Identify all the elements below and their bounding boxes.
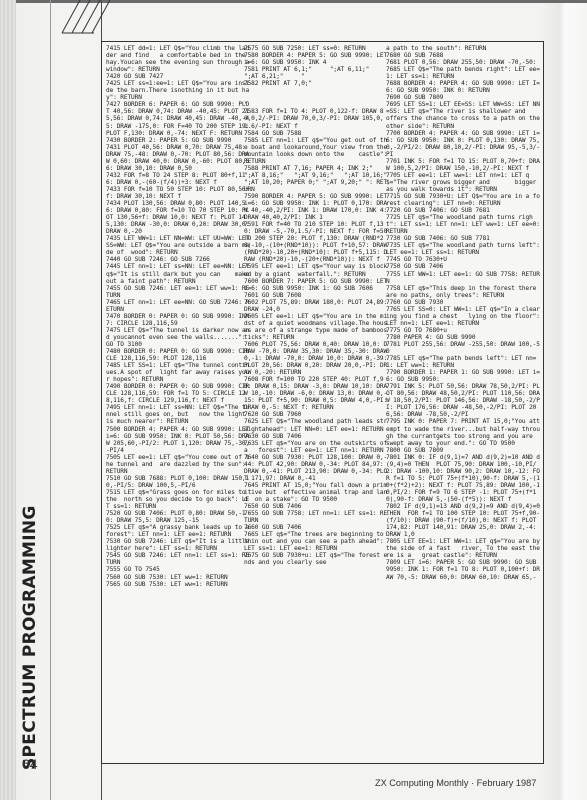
- listing-line: 7584 GO SUB 7588: [244, 130, 390, 137]
- listing-line: 7430 BORDER 2: PAPER 5: GO SUB 9990: [106, 137, 252, 144]
- listing-line: 7602 PLOT 75,89: DRAW 180,0: PLOT 24,89:…: [244, 299, 390, 313]
- listing-line: 7690 GO SUB 7809: [386, 94, 540, 101]
- listing-line: [244, 87, 390, 94]
- listing-line: 7735 LET q$="The woodland path turns lef…: [386, 242, 540, 256]
- listing-line: 7655 GO SUB 7758: LET nn=1: LET ss=1: RE…: [244, 510, 390, 524]
- listing-line: 7520 GO SUB 7406: PLOT 0,80: DRAW 50,-10…: [106, 510, 252, 524]
- listing-line: 7695 LET SS=1: LET EE=SS: LET WW=SS: LET…: [386, 101, 540, 129]
- listing-line: 7650 GO SUB 7406: [244, 503, 390, 510]
- listing-line: 7510 GO SUB 7688: PLOT 0,100: DRAW 150,1…: [106, 475, 252, 489]
- section-label: SPECTRUM PROGRAMMING: [20, 570, 42, 770]
- listing-line: [244, 94, 390, 101]
- listing-line: 7445 LET nn=1: LET ss=NN: LET ee=NN: LET…: [106, 263, 252, 284]
- listing-line: 7805 LET EE=1: LET WW=1: LET q$="You are…: [386, 538, 540, 559]
- listing-line: 7635 LET q$="You are on the outskirts of…: [244, 440, 390, 454]
- listing-line: 7680 GO SUB 7688: [386, 52, 540, 59]
- listing-line: 7685 LET Q$="The path bends right": LET …: [386, 66, 540, 80]
- listing-line: 7730 GO SUB 7406: GO SUB 7781: [386, 235, 540, 242]
- listing-line: 7465 LET nn=1: LET ee=NN: GO SUB 7246: R…: [106, 299, 252, 313]
- listing-line: 7565 GO SUB 7530: LET ww=1: RETURN: [106, 581, 252, 588]
- listing-line: 7590 BORDER 4: PAPER 5: GO SUB 9990: LET…: [244, 193, 390, 221]
- listing-line: 7415 LET dd=1: LET Q$="You climb the lad…: [106, 45, 252, 73]
- listing-line: 7760 GO SUB 7930: [386, 299, 540, 306]
- page-binding-edge: [0, 0, 16, 800]
- listing-line: 7560 GO SUB 7530: LET ww=1: RETURN: [106, 574, 252, 581]
- listing-line: 7675 GO SUB 7930+u: LET q$="The forest e…: [244, 552, 390, 566]
- listing-line: 7640 GO SUB 7930: PLOT 128,100: DRAW 0,-…: [244, 454, 390, 482]
- listing-line: 7630 GO SUB 7406: [244, 433, 390, 440]
- listing-line: 7606 PLOT 75,56: DRAW 0,40: DRAW 10,0: D…: [244, 341, 390, 376]
- listing-line: 7781 PLOT 255,56: DRAW -255,50: DRAW 100…: [386, 341, 540, 355]
- listing-line: 7715 GO SUB 7930+U: LET Q$="You are in a…: [386, 193, 540, 207]
- listing-line: 7720 GO SUB 7406: GO SUB 7681: [386, 207, 540, 214]
- magazine-page: SPECTRUM PROGRAMMING 64 7415 LET dd=1: L…: [0, 0, 587, 800]
- listing-line: 7440 GO SUB 7246: GO SUB 7266: [106, 256, 252, 263]
- listing-line: a path to the south": RETURN: [386, 45, 540, 52]
- listing-line: 7701 INK 5: FOR f=1 TO 15: PLOT 0,70+f: …: [386, 158, 540, 172]
- listing-line: 7725 LET q$="The woodland path turns rig…: [386, 214, 540, 235]
- listing-line: 7700 BORDER 4: PAPER 4: GO SUB 9990: LET…: [386, 130, 540, 158]
- listing-line: 7434 PLOT 130,56: DRAW 0,80: PLOT 140,56…: [106, 200, 252, 235]
- listing-line: 7433 FOR f=10 TO 50 STEP 10: PLOT 80,56+…: [106, 186, 252, 200]
- listing-line: 7490 BORDER 0: PAPER 0: GO SUB 9990: CIR…: [106, 383, 252, 404]
- hatch-decoration-icon: [60, 0, 120, 34]
- listing-line: 7582 PRINT AT 7,0;": [244, 80, 390, 87]
- listing-line: 7420 GO SUB 7427: [106, 73, 252, 80]
- listing-line: 7515 LET q$="Grass goes on for miles to …: [106, 489, 252, 510]
- listing-line: 7585 LET nn=1: LET q$="You get out of th…: [244, 137, 390, 165]
- page-number: 64: [22, 756, 38, 772]
- listing-line: 7575 GO SUB 7250: LET ss=0: RETURN: [244, 45, 390, 52]
- listing-line: 7765 LET SS=0: LET WW=1: LET q$="In a cl…: [386, 306, 540, 327]
- listing-line: 7555 GO TO 7545: [106, 566, 252, 573]
- listing-line: 7427 BORDER 6: PAPER 6: GO SUB 9990: PLO…: [106, 101, 252, 136]
- listing-line: 7601 GO SUB 7608: [244, 292, 390, 299]
- listing-line: 7485 LET SS=1: LET q$="The tunnel contin…: [106, 362, 252, 383]
- program-listing: 7415 LET dd=1: LET Q$="You climb the lad…: [101, 41, 544, 764]
- listing-line: 7432 FOR f=8 TO 24 STEP 8: PLOT 80+f,116…: [106, 172, 252, 186]
- listing-line: ": [244, 101, 390, 108]
- listing-line: 7583 FOR f=1 TO 4: PLOT 0,122-f: DRAW 80…: [244, 108, 390, 129]
- listing-line: 7780 PAPER 4: GO SUB 9990: [386, 334, 540, 341]
- listing-line: 7775 GO TO 7680+u: [386, 327, 540, 334]
- listing-line: 7688 BORDER 4: PAPER 4: GO SUB 9990: LET…: [386, 80, 540, 94]
- listing-line: 7681 PLOT 0,56: DRAW 255,50: DRAW -70,-5…: [386, 59, 540, 66]
- listing-line: 7625 LET Q$="The woodland path leads str…: [244, 418, 390, 432]
- listing-line: 7505 LET ee=1: LET q$="You come out of t…: [106, 454, 252, 475]
- listing-line: 7580 BORDER 4: PAPER 5: GO SUB 9990: LET…: [244, 52, 390, 66]
- listing-line: 7600 BORDER 7: PAPER 5: GO SUB 9990: LET…: [244, 278, 390, 292]
- listing-line: 7705 LET ee=1: LET ww=1: LET nn=1: LET q…: [386, 172, 540, 193]
- listing-line: 7545 GO SUB 7246: LET nn=1: LET ss=1: RE…: [106, 552, 252, 566]
- listing-line: 7525 LET q$="A grassy bank leads up to a…: [106, 524, 252, 538]
- listing-line: 7795 INK 0: PAPER 7: PRINT AT 15,0;"You …: [386, 418, 540, 446]
- listing-line: 7800 GO SUB 7809: [386, 447, 540, 454]
- listing-line: 7660 GO SUB 7406: [244, 524, 390, 531]
- listing-column-2: 7575 GO SUB 7250: LET ss=0: RETURN7580 B…: [244, 45, 390, 566]
- margin-rule: [50, 0, 51, 800]
- listing-line: 7802 IF d(9,1)=13 AND d(9,2)=9 AND d(9,4…: [386, 503, 540, 538]
- listing-line: 7470 BORDER 0: PAPER 0: GO SUB 9990: INK…: [106, 313, 252, 327]
- listing-line: 7431 PLOT 40,56: DRAW 0,70: DRAW 75,48: …: [106, 144, 252, 172]
- listing-line: 7588 PRINT AT 7,16; PAPER 4; INK 2;" ";A…: [244, 165, 390, 193]
- listing-line: 7791 INK 5: PLOT 50,56: DRAW 78,50,2/PI:…: [386, 383, 540, 418]
- listing-line: 7645 PRINT AT 15,0;"You fall down a prim…: [244, 482, 390, 503]
- listing-line: 7435 LET WW=1: LET NN=WW: LET UU=WW: LET…: [106, 235, 252, 256]
- magazine-footer: ZX Computing Monthly · February 1987: [375, 778, 536, 788]
- listing-line: 7455 GO SUB 7246: LET ee=1: LET ww=1: RE…: [106, 285, 252, 299]
- listing-line: 7530 GO SUB 7246: LET q$="It is a little…: [106, 538, 252, 552]
- listing-line: 7745 GO TO 7630+U: [386, 256, 540, 263]
- listing-line: 7750 GO SUB 7406: [386, 263, 540, 270]
- listing-column-1: 7415 LET dd=1: LET Q$="You climb the lad…: [106, 45, 252, 588]
- listing-column-3: a path to the south": RETURN7680 GO SUB …: [386, 45, 540, 581]
- listing-line: 7605 LET ee=1: LET q$="You are in the mi…: [244, 313, 390, 341]
- listing-line: 7620 GO SUB 7960: [244, 411, 390, 418]
- listing-line: 7665 LET q$="The trees are beginning to …: [244, 531, 390, 552]
- listing-line: 7480 BORDER 0: PAPER 0: GO SUB 9990: CIR…: [106, 348, 252, 362]
- listing-line: 7591 FOR f=40 TO 210 STEP 10: PLOT f,130…: [244, 221, 390, 263]
- listing-line: 7790 BORDER 1: PAPER 1: GO SUB 9990: LET…: [386, 369, 540, 383]
- listing-line: 7801 INK 0: IF d(9,1)=7 AND d(9,2)=10 AN…: [386, 454, 540, 503]
- listing-line: 7809 LET i=6: PAPER 5: GO SUB 9990: GO S…: [386, 559, 540, 580]
- listing-line: 7425 LET ss=1:ee=1: LET Q$="You are insi…: [106, 80, 252, 101]
- listing-line: 7475 LET Q$="The tunnel is darker now an…: [106, 327, 252, 348]
- listing-line: 7581 PRINT AT 6,1;" ";AT 6,11;" ";AT 6,2…: [244, 66, 390, 80]
- listing-line: 7608 FOR f=100 TO 220 STEP 40: PLOT f,90…: [244, 376, 390, 411]
- listing-line: 7595 LET ee=1: LET q$="Your way is block…: [244, 263, 390, 277]
- listing-line: 7500 BORDER 4: PAPER 4: GO SUB 9990: LET…: [106, 426, 252, 454]
- listing-line: 7755 LET WW=1: LET ee=1: GO SUB 7758: RE…: [386, 271, 540, 285]
- listing-line: 7758 LET q$="This deep in the forest the…: [386, 285, 540, 299]
- listing-line: 7495 LET nn=1: LET ss=NN: LET Q$="The tu…: [106, 404, 252, 425]
- listing-line: 7785 LET q$="The path bends left": LET n…: [386, 355, 540, 369]
